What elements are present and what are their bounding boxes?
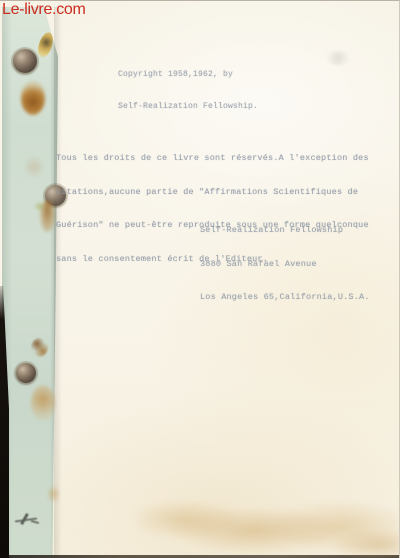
scratch-mark [13,507,43,531]
publisher-line: 3880 San Rafael Avenue [200,258,370,272]
large-bottom-stain [138,487,400,558]
metal-brad-bottom [16,363,36,383]
publisher-line: Los Angeles 65,California,U.S.A. [200,291,370,305]
copyright-line: Copyright 1958,1962, by [118,68,258,82]
rights-line: Tous les droits de ce livre sont réservé… [56,152,369,166]
le-livre-watermark: Le-livre.com [2,1,86,19]
tan-stain-bottom-brad [31,385,55,421]
small-stain-low [48,484,59,504]
gray-smudge-right [325,51,351,65]
metal-brad-top [13,49,37,73]
publisher-line: Self-Realization Fellowship [200,224,370,238]
copyright-line: Self-Realization Fellowship. [118,100,258,114]
rights-line: citations,aucune partie de "Affirmations… [56,186,369,200]
green-spot [35,202,44,211]
publisher-address-block: Self-Realization Fellowship 3880 San Raf… [200,204,370,325]
faint-stain-mid [25,154,43,180]
rust-stain-top [21,81,45,115]
rust-dots-lower [31,338,48,357]
scanned-book-page: Copyright 1958,1962, by Self-Realization… [0,0,400,558]
copyright-block: Copyright 1958,1962, by Self-Realization… [118,50,258,131]
